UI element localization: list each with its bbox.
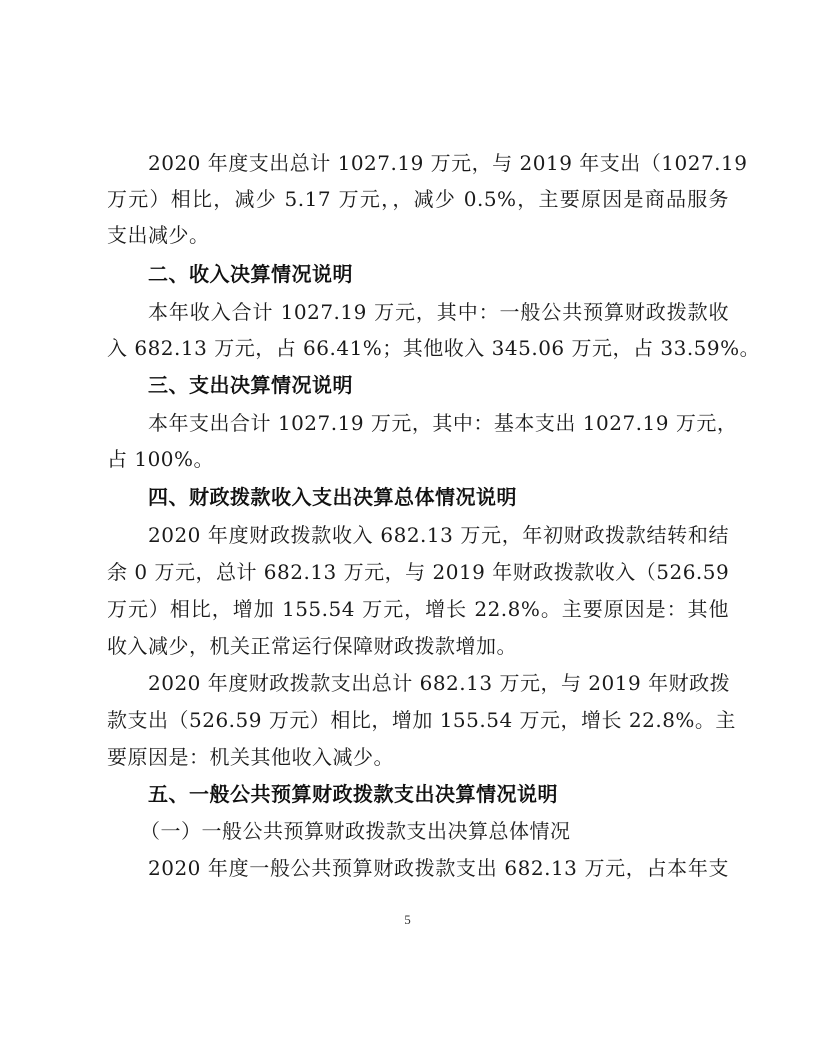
- page-number: 5: [0, 912, 815, 928]
- section-heading-expenditure: 三、支出决算情况说明: [148, 370, 353, 400]
- paragraph-line: 2020 年度财政拨款支出总计 682.13 万元，与 2019 年财政拨: [148, 668, 729, 698]
- document-page: 2020 年度支出总计 1027.19 万元，与 2019 年支出（1027.1…: [0, 0, 815, 1055]
- subsection-heading: （一）一般公共预算财政拨款支出决算总体情况: [140, 816, 571, 846]
- paragraph-line: 余 0 万元，总计 682.13 万元，与 2019 年财政拨款收入（526.5…: [107, 557, 729, 587]
- paragraph-line: 支出减少。: [107, 220, 729, 250]
- paragraph-line: 本年收入合计 1027.19 万元，其中：一般公共预算财政拨款收: [148, 297, 729, 327]
- paragraph-line: 入 682.13 万元，占 66.41%；其他收入 345.06 万元，占 33…: [107, 333, 729, 363]
- paragraph-line: 2020 年度支出总计 1027.19 万元，与 2019 年支出（1027.1…: [148, 148, 729, 178]
- paragraph-line: 收入减少，机关正常运行保障财政拨款增加。: [107, 631, 729, 661]
- section-heading-fiscal-appropriation: 四、财政拨款收入支出决算总体情况说明: [148, 482, 517, 512]
- paragraph-line: 2020 年度财政拨款收入 682.13 万元，年初财政拨款结转和结: [148, 520, 729, 550]
- paragraph-line: 2020 年度一般公共预算财政拨款支出 682.13 万元，占本年支: [148, 853, 729, 883]
- paragraph-line: 万元）相比，减少 5.17 万元，，减少 0.5%，主要原因是商品服务: [107, 184, 729, 214]
- section-heading-general-budget: 五、一般公共预算财政拨款支出决算情况说明: [148, 779, 558, 809]
- paragraph-line: 款支出（526.59 万元）相比，增加 155.54 万元，增长 22.8%。主: [107, 705, 729, 735]
- paragraph-line: 本年支出合计 1027.19 万元，其中：基本支出 1027.19 万元，: [148, 408, 729, 438]
- paragraph-line: 要原因是：机关其他收入减少。: [107, 742, 729, 772]
- paragraph-line: 占 100%。: [107, 444, 729, 474]
- section-heading-income: 二、收入决算情况说明: [148, 259, 353, 289]
- paragraph-line: 万元）相比，增加 155.54 万元，增长 22.8%。主要原因是：其他: [107, 594, 729, 624]
